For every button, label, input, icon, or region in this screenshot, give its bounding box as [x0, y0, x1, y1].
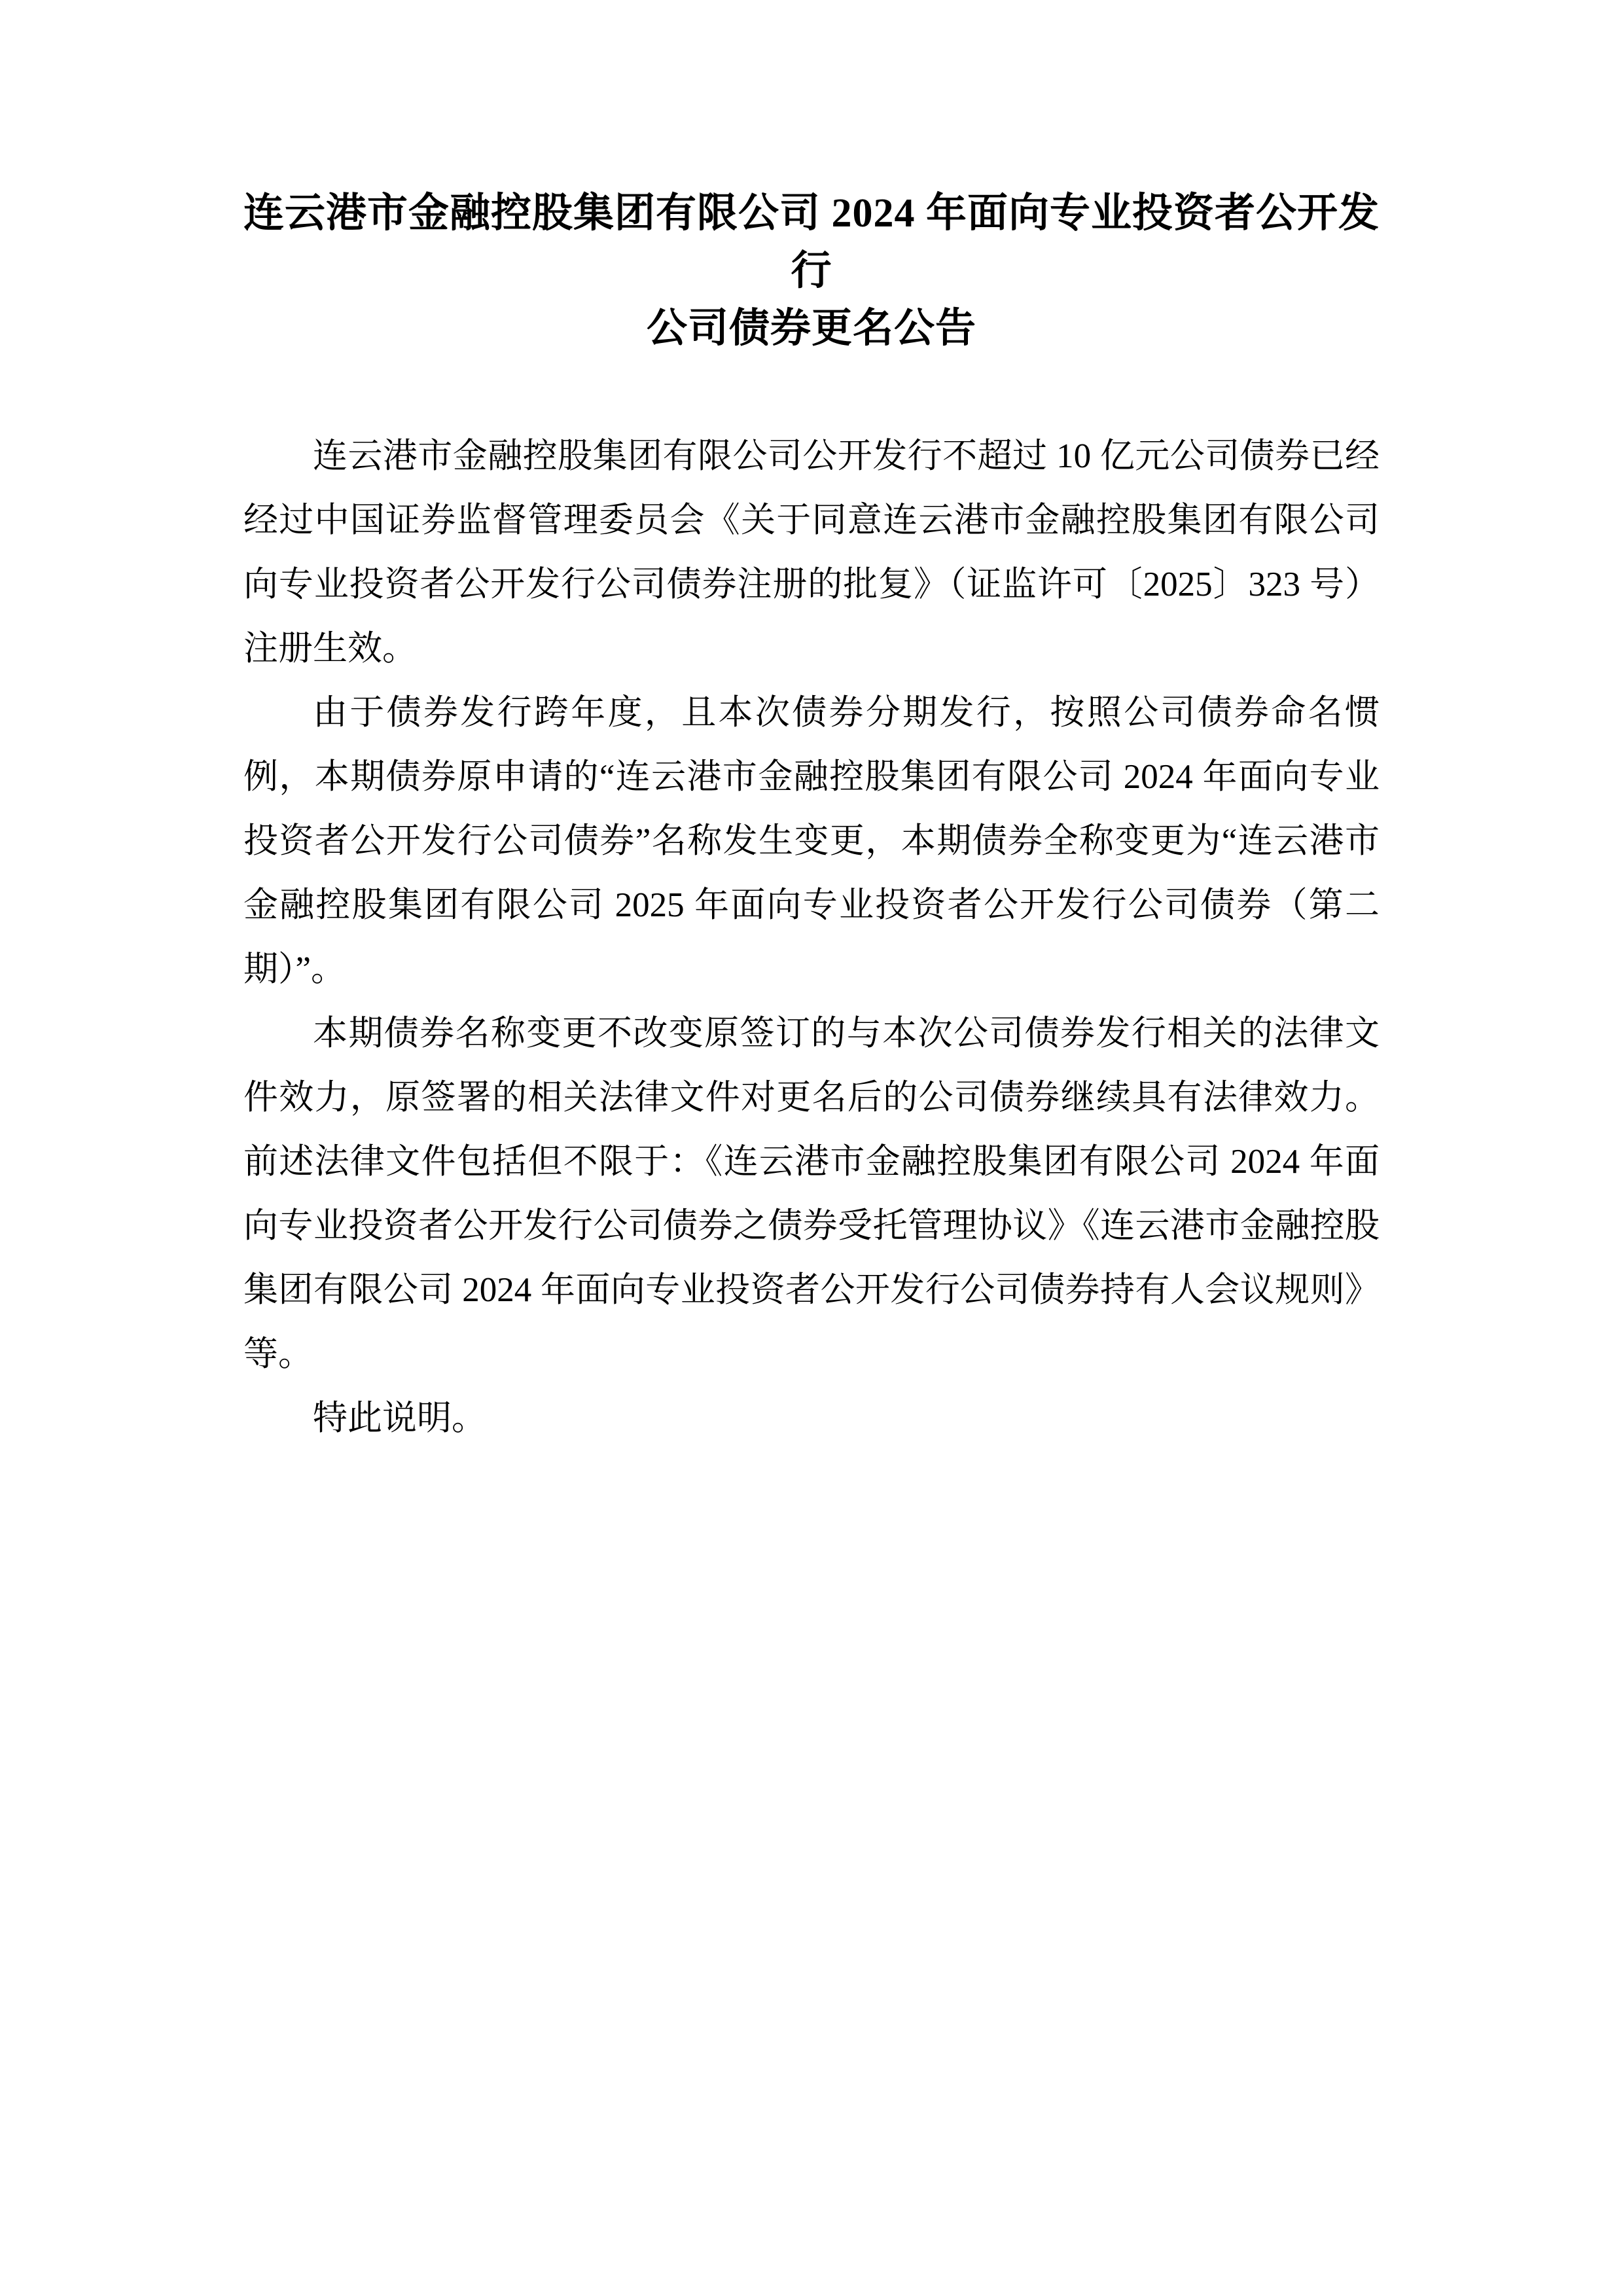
- paragraph-name-change: 由于债券发行跨年度，且本次债券分期发行，按照公司债券命名惯例，本期债券原申请的“…: [243, 681, 1380, 1001]
- document-body: 连云港市金融控股集团有限公司公开发行不超过 10 亿元公司债券已经经过中国证券监…: [243, 424, 1380, 1450]
- document-title: 连云港市金融控股集团有限公司 2024 年面向专业投资者公开发行 公司债券更名公…: [243, 185, 1380, 357]
- document-title-line-1: 连云港市金融控股集团有限公司 2024 年面向专业投资者公开发行: [243, 185, 1380, 300]
- document-title-line-2: 公司债券更名公告: [243, 300, 1380, 357]
- paragraph-legal-documents: 本期债券名称变更不改变原签订的与本次公司债券发行相关的法律文件效力，原签署的相关…: [243, 1001, 1380, 1386]
- document-page: 连云港市金融控股集团有限公司 2024 年面向专业投资者公开发行 公司债券更名公…: [0, 0, 1623, 2296]
- paragraph-closing-statement: 特此说明。: [243, 1386, 1380, 1450]
- paragraph-registration-approval: 连云港市金融控股集团有限公司公开发行不超过 10 亿元公司债券已经经过中国证券监…: [243, 424, 1380, 681]
